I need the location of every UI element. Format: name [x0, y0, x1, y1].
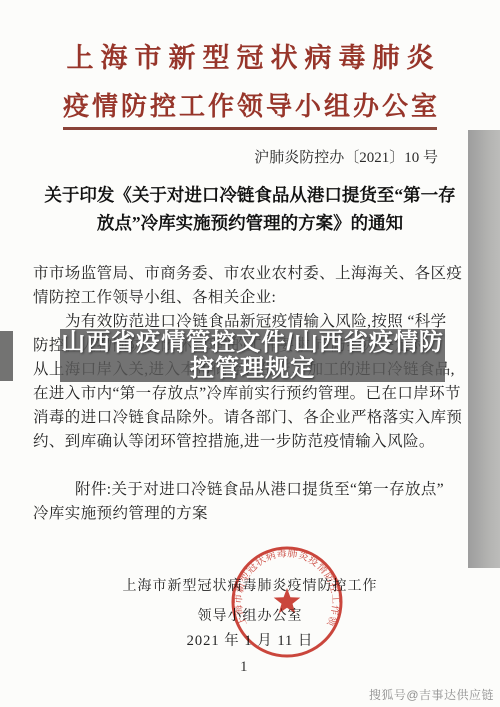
- caption-line-2: 控管理规定: [190, 356, 315, 382]
- body-line: 约、到库确认等闭环管控措施,进一步防范疫情输入风险。: [33, 430, 448, 454]
- attachment-line: 冷库实施预约管理的方案: [33, 502, 448, 526]
- photo-edge-shadow: [468, 130, 500, 568]
- body-line: 市市场监管局、市商务委、市农业农村委、上海海关、各区疫: [33, 262, 448, 286]
- svg-text:上海市新型冠状病毒肺炎疫情防控工作领导小组办公室: 上海市新型冠状病毒肺炎疫情防控工作领导小组办公室: [231, 546, 343, 629]
- attachment-line: 附件:关于对进口冷链食品从港口提货至“第一存放点”: [33, 478, 490, 502]
- letterhead-line-1: 上海市新型冠状病毒肺炎: [0, 36, 500, 75]
- page-number: 1: [240, 659, 248, 676]
- official-seal: 上海市新型冠状病毒肺炎疫情防控工作领导小组办公室: [228, 543, 346, 661]
- caption-overlay: 山西省疫情管控文件/山西省疫情防 控管理规定: [60, 329, 445, 382]
- document-number: 沪肺炎防控办〔2021〕10 号: [254, 146, 438, 167]
- body-line: 消毒的进口冷链食品除外。请各部门、各企业严格落实入库预: [33, 406, 448, 430]
- caption-band-left-fragment: [0, 331, 13, 381]
- seal-arc-text: 上海市新型冠状病毒肺炎疫情防控工作领导小组办公室: [231, 546, 343, 629]
- body-line: 在进入市内“第一存放点”冷库前实行预约管理。已在口岸环节: [33, 382, 448, 406]
- document-page: 上海市新型冠状病毒肺炎 疫情防控工作领导小组办公室 沪肺炎防控办〔2021〕10…: [0, 0, 500, 707]
- body-line: 情防控工作领导小组、各相关企业:: [33, 286, 448, 310]
- caption-line-1: 山西省疫情管控文件/山西省疫情防: [61, 330, 444, 356]
- title-line: 关于印发《关于对进口冷链食品从港口提货至“第一存: [0, 181, 500, 209]
- document-title: 关于印发《关于对进口冷链食品从港口提货至“第一存 放点”冷库实施预约管理的方案》…: [0, 181, 500, 237]
- watermark-text: 搜狐号@吉事达供应链: [369, 686, 494, 703]
- letterhead-line-2: 疫情防控工作领导小组办公室: [0, 86, 500, 123]
- seal-star-icon: [274, 588, 301, 613]
- title-line: 放点”冷库实施预约管理的方案》的通知: [0, 209, 500, 237]
- letterhead-rule: [63, 127, 437, 130]
